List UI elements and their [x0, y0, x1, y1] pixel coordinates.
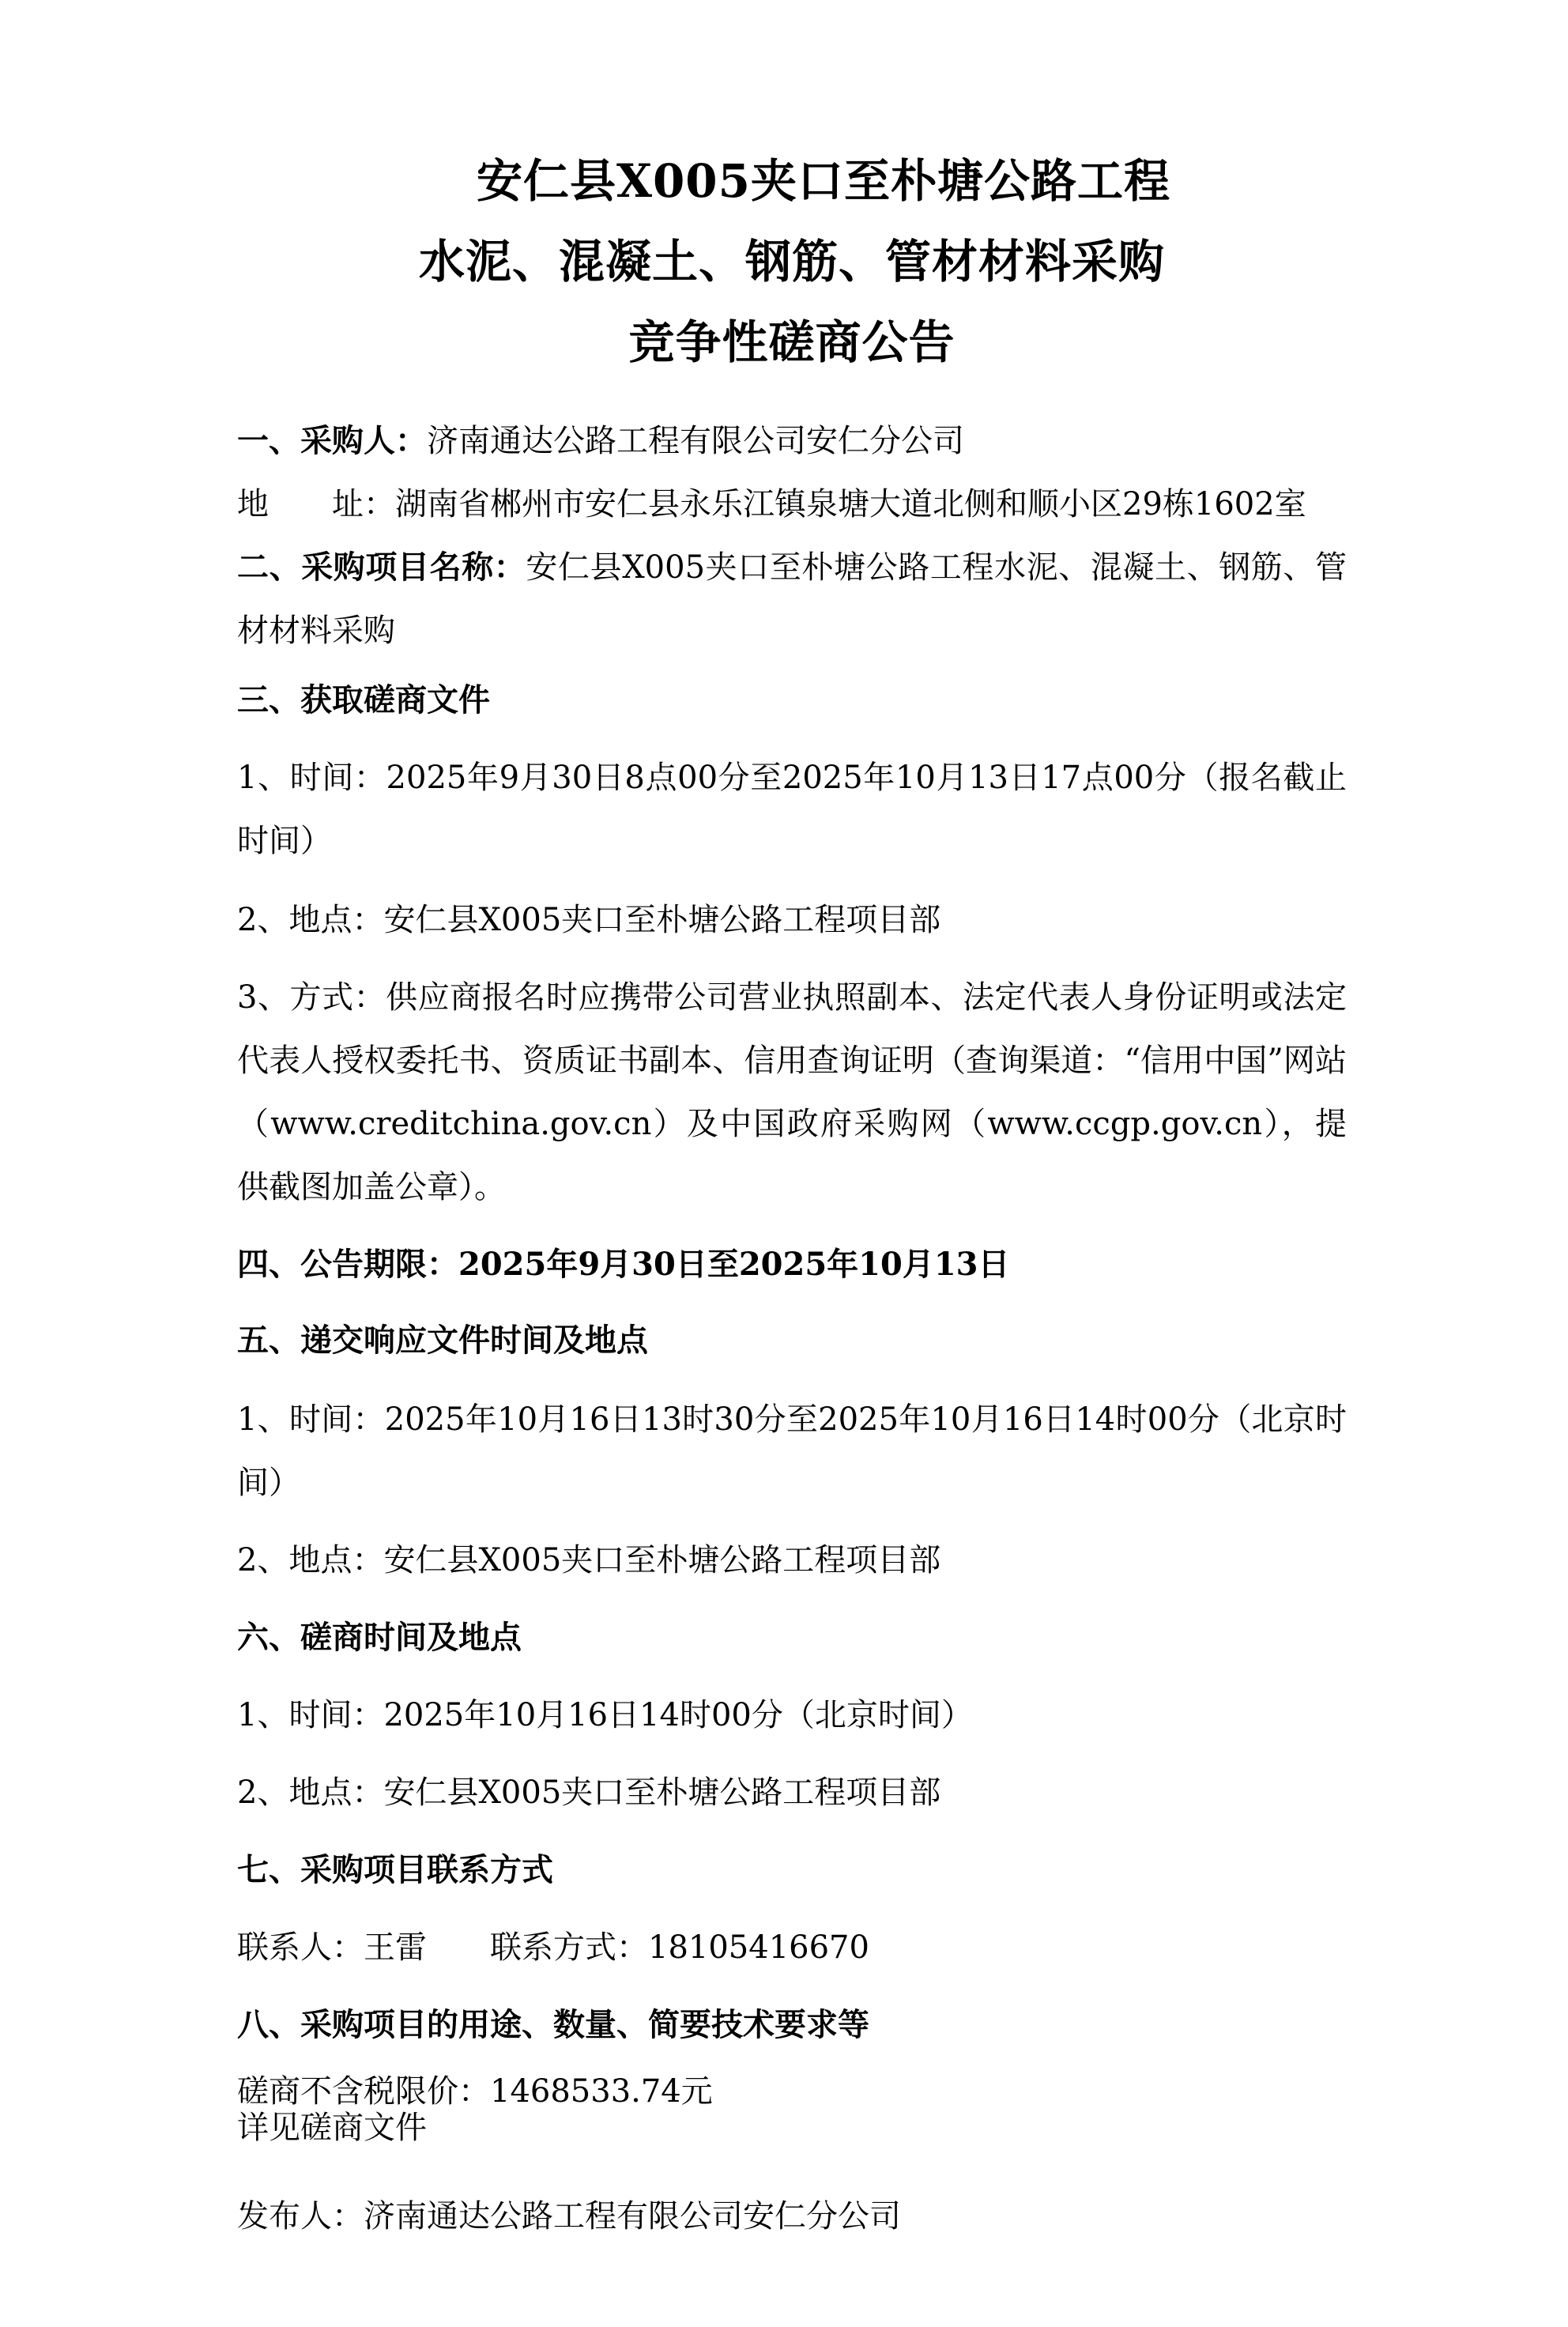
title-line-materials: 水泥、混凝土、钢筋、管材材料采购	[237, 239, 1347, 285]
purchaser-line: 一、采购人：济南通达公路工程有限公司安仁分公司	[237, 409, 1347, 473]
address-label-b: 址：	[332, 486, 395, 522]
detail-line: 详见磋商文件	[237, 2109, 1347, 2147]
purchaser-value: 济南通达公路工程有限公司安仁分公司	[427, 423, 964, 459]
section5-heading: 五、递交响应文件时间及地点	[237, 1309, 1347, 1372]
section7-heading: 七、采购项目联系方式	[237, 1839, 1347, 1902]
section6-heading: 六、磋商时间及地点	[237, 1606, 1347, 1669]
section3-heading: 三、获取磋商文件	[237, 669, 1347, 732]
title-line-project: 安仁县X005夹口至朴塘公路工程	[237, 158, 1347, 204]
contact-phone-label: 联系方式：	[490, 1929, 648, 1966]
section8-heading: 八、采购项目的用途、数量、简要技术要求等	[237, 1993, 1347, 2057]
section5-item-time: 1、时间：2025年10月16日13时30分至2025年10月16日14时00分…	[237, 1388, 1347, 1514]
section3-item-place: 2、地点：安仁县X005夹口至朴塘公路工程项目部	[237, 888, 1347, 952]
address-line: 地址：湖南省郴州市安仁县永乐江镇泉塘大道北侧和顺小区29栋1602室	[237, 473, 1347, 536]
contact-person-name: 王雷	[364, 1929, 427, 1966]
contact-person-label: 联系人：	[237, 1929, 364, 1966]
contact-line: 联系人：王雷联系方式：18105416670	[237, 1916, 1347, 1979]
price-value: 1468533.74元	[490, 2073, 713, 2110]
section3-item-time: 1、时间：2025年9月30日8点00分至2025年10月13日17点00分（报…	[237, 746, 1347, 873]
address-value: 湖南省郴州市安仁县永乐江镇泉塘大道北侧和顺小区29栋1602室	[395, 486, 1306, 522]
price-label: 磋商不含税限价：	[237, 2073, 490, 2110]
section6-item-time: 1、时间：2025年10月16日14时00分（北京时间）	[237, 1684, 1347, 1747]
section5-item-place: 2、地点：安仁县X005夹口至朴塘公路工程项目部	[237, 1529, 1347, 1592]
project-name-line: 二、采购项目名称：安仁县X005夹口至朴塘公路工程水泥、混凝土、钢筋、管材材料采…	[237, 536, 1347, 662]
publisher-line: 发布人：济南通达公路工程有限公司安仁分公司	[237, 2185, 1347, 2248]
price-line: 磋商不含税限价：1468533.74元	[237, 2072, 1347, 2110]
section6-item-place: 2、地点：安仁县X005夹口至朴塘公路工程项目部	[237, 1761, 1347, 1824]
project-name-label: 二、采购项目名称：	[237, 549, 526, 586]
contact-phone: 18105416670	[648, 1929, 869, 1966]
section3-item-method: 3、方式：供应商报名时应携带公司营业执照副本、法定代表人身份证明或法定代表人授权…	[237, 966, 1347, 1219]
publisher-value: 济南通达公路工程有限公司安仁分公司	[364, 2198, 901, 2235]
address-label-a: 地	[237, 486, 269, 522]
purchaser-label: 一、采购人：	[237, 422, 427, 459]
section4-notice-period: 四、公告期限：2025年9月30日至2025年10月13日	[237, 1233, 1347, 1296]
publisher-label: 发布人：	[237, 2198, 364, 2235]
title-line-notice-type: 竞争性磋商公告	[237, 319, 1347, 365]
